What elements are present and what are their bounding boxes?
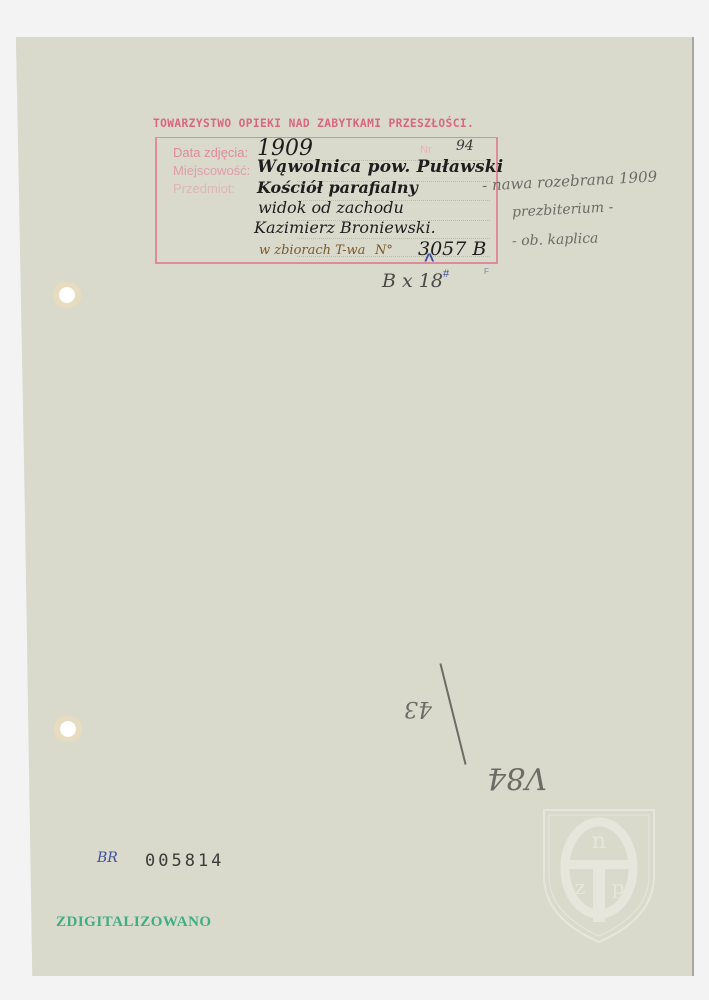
punch-hole-top (52, 282, 82, 308)
subject-value-1: Kościół parafialny (257, 178, 418, 197)
number-value: 94 (456, 138, 474, 154)
author-value: Kazimierz Broniewski. (254, 218, 436, 237)
svg-text:n: n (592, 829, 606, 854)
number-label: Nr (420, 144, 432, 156)
format-note: B x 18 (382, 270, 443, 292)
collection-no-label: N° (375, 243, 393, 258)
catalog-number: 005814 (145, 851, 224, 871)
punch-hole-bottom (53, 716, 83, 742)
small-mark: F (484, 267, 489, 276)
svg-text:z: z (575, 875, 586, 899)
shield-emblem-icon: n z p (540, 806, 658, 946)
place-value: Wąwolnica pow. Puławski (257, 157, 503, 177)
collection-prefix: w zbiorach T-wa (259, 243, 365, 258)
svg-text:p: p (612, 875, 625, 899)
date-label: Data zdjęcia: (173, 145, 248, 160)
pencil-number-1: 43 (404, 696, 432, 721)
place-label: Miejscowość: (173, 163, 250, 178)
stamp-title: TOWARZYSTWO OPIEKI NAD ZABYTKAMI PRZESZŁ… (153, 117, 503, 130)
pencil-number-2: V84 (487, 760, 547, 795)
hash-mark: # (443, 268, 449, 280)
margin-note-line3: - ob. kaplica (512, 230, 599, 249)
digitized-stamp: ZDIGITALIZOWANO (56, 914, 212, 931)
subject-value-2: widok od zachodu (258, 198, 404, 217)
subject-label: Przedmiot: (173, 181, 235, 196)
caret-mark: ^ (424, 250, 435, 271)
initials: BR (97, 850, 118, 866)
